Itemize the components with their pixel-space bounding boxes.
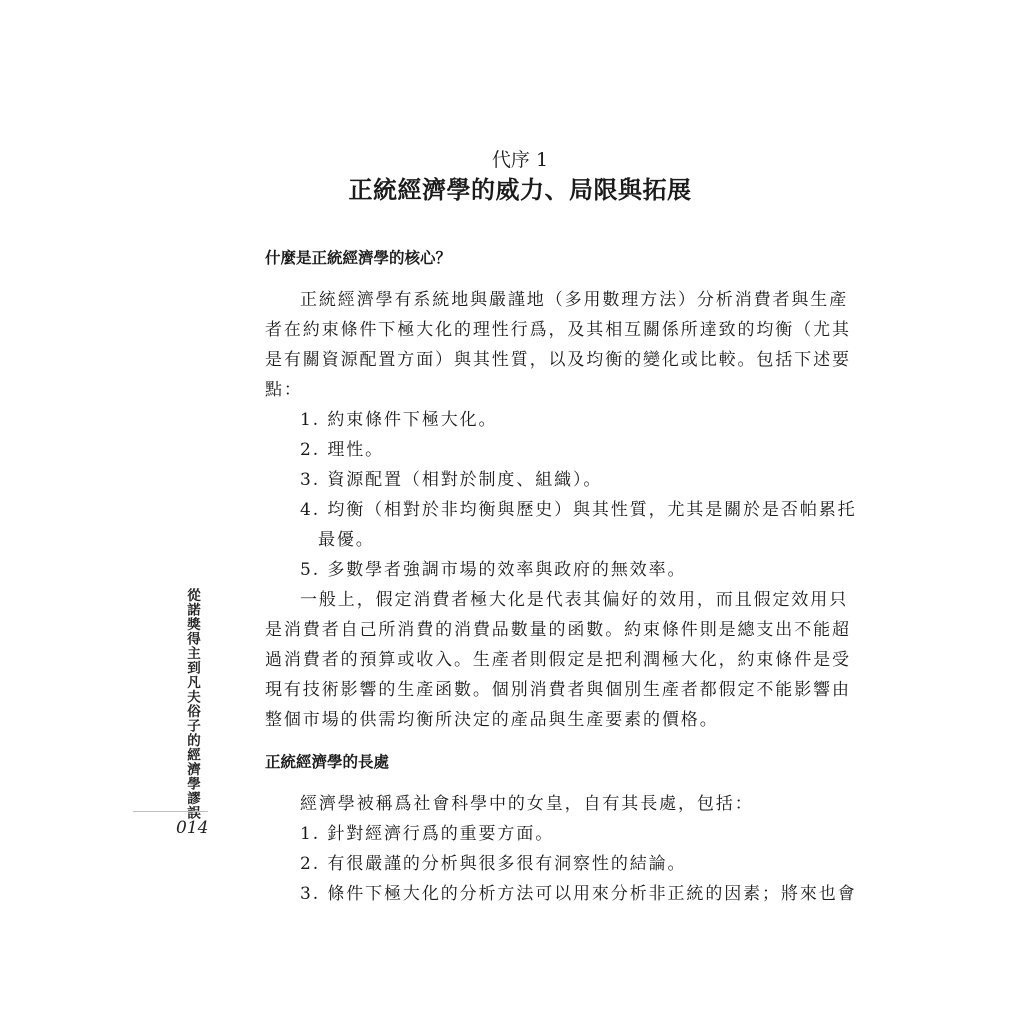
page-number: 014 bbox=[176, 818, 208, 838]
margin-rule bbox=[133, 811, 208, 812]
list-item: 3. 條件下極大化的分析方法可以用來分析非正統的因素；將來也會 bbox=[300, 879, 857, 909]
section-heading-strengths: 正統經濟學的長處 bbox=[265, 751, 389, 773]
paragraph-line: 一般上，假定消費者極大化是代表其偏好的效用，而且假定效用只 bbox=[300, 585, 848, 615]
list-item: 1. 約束條件下極大化。 bbox=[300, 405, 497, 435]
running-book-title: 從諾獎得主到凡夫俗子的經濟學謬誤 bbox=[184, 588, 200, 820]
section-heading-core: 什麼是正統經濟學的核心？ bbox=[265, 247, 451, 269]
paragraph-line: 點： bbox=[265, 375, 303, 405]
paragraph-line: 過消費者的預算或收入。生產者則假定是把利潤極大化，約束條件是受 bbox=[265, 645, 851, 675]
chapter-title: 正統經濟學的威力、局限與拓展 bbox=[0, 174, 1016, 206]
paragraph-line: 者在約束條件下極大化的理性行爲，及其相互關係所達致的均衡（尤其 bbox=[265, 315, 851, 345]
list-item-continuation: 最優。 bbox=[318, 525, 375, 555]
chapter-subtitle: 代序 1 bbox=[0, 148, 1016, 172]
paragraph-line: 正統經濟學有系統地與嚴謹地（多用數理方法）分析消費者與生產 bbox=[300, 285, 848, 315]
list-item: 4. 均衡（相對於非均衡與歷史）與其性質，尤其是關於是否帕累托 bbox=[300, 495, 857, 525]
paragraph-line: 經濟學被稱爲社會科學中的女皇，自有其長處，包括： bbox=[300, 789, 754, 819]
paragraph-line: 是消費者自己所消費的消費品數量的函數。約束條件則是總支出不能超 bbox=[265, 615, 851, 645]
paragraph-line: 整個市場的供需均衡所決定的產品與生產要素的價格。 bbox=[265, 705, 719, 735]
paragraph-line: 是有關資源配置方面）與其性質，以及均衡的變化或比較。包括下述要 bbox=[265, 345, 851, 375]
list-item: 1. 針對經濟行爲的重要方面。 bbox=[300, 819, 554, 849]
list-item: 3. 資源配置（相對於制度、組織）。 bbox=[300, 465, 602, 495]
list-item: 2. 有很嚴謹的分析與很多很有洞察性的結論。 bbox=[300, 849, 686, 879]
list-item: 5. 多數學者強調市場的效率與政府的無效率。 bbox=[300, 555, 686, 585]
list-item: 2. 理性。 bbox=[300, 435, 384, 465]
paragraph-line: 現有技術影響的生產函數。個別消費者與個別生產者都假定不能影響由 bbox=[265, 675, 851, 705]
